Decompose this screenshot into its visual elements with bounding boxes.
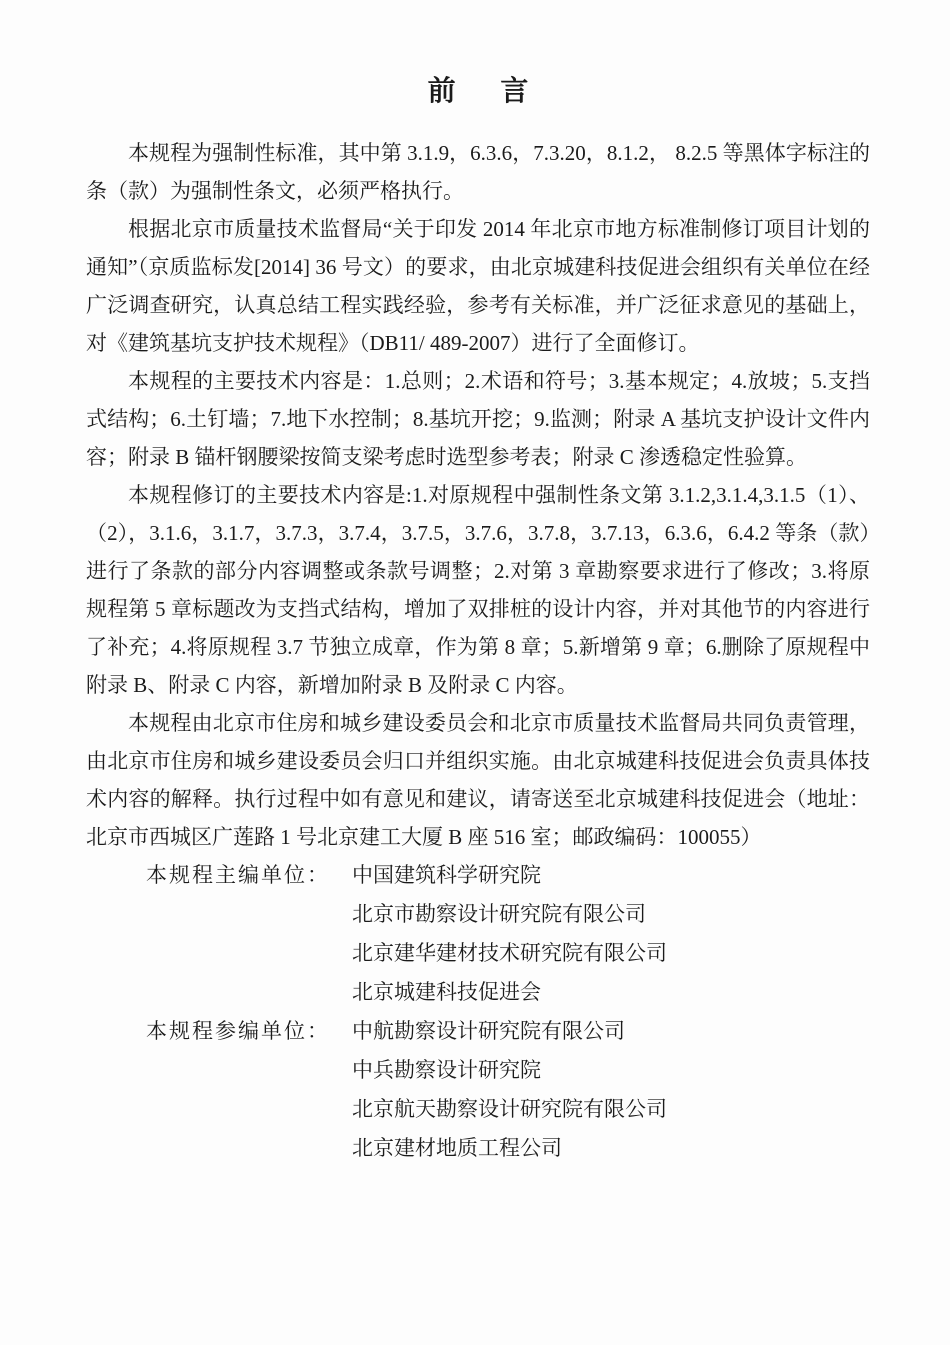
participating-editor-label: 本规程参编单位： [146, 1012, 330, 1051]
chief-editor-block: 本规程主编单位： 中国建筑科学研究院 北京市勘察设计研究院有限公司 北京建华建材… [146, 856, 870, 1012]
paragraph-revision-basis: 根据北京市质量技术监督局“关于印发 2014 年北京市地方标准制修订项目计划的通… [86, 210, 870, 362]
paragraph-revision-details: 本规程修订的主要技术内容是:1.对原规程中强制性条文第 3.1.2,3.1.4,… [86, 476, 870, 704]
paragraph-mandatory-clauses: 本规程为强制性标准，其中第 3.1.9，6.3.6，7.3.20，8.1.2， … [86, 134, 870, 210]
foreword-title: 前 言 [86, 74, 870, 110]
participating-editor-unit: 北京航天勘察设计研究院有限公司 [352, 1090, 870, 1129]
chief-editor-unit: 北京建华建材技术研究院有限公司 [352, 934, 870, 973]
chief-editor-unit: 北京城建科技促进会 [352, 973, 870, 1012]
chief-editor-unit: 北京市勘察设计研究院有限公司 [352, 895, 870, 934]
editing-units-section: 本规程主编单位： 中国建筑科学研究院 北京市勘察设计研究院有限公司 北京建华建材… [86, 856, 870, 1168]
document-page: 前 言 本规程为强制性标准，其中第 3.1.9，6.3.6，7.3.20，8.1… [0, 0, 950, 1345]
participating-editor-unit: 中兵勘察设计研究院 [352, 1051, 870, 1090]
participating-editor-block: 本规程参编单位： 中航勘察设计研究院有限公司 中兵勘察设计研究院 北京航天勘察设… [146, 1012, 870, 1168]
participating-editor-unit: 中航勘察设计研究院有限公司 [352, 1012, 870, 1051]
paragraph-main-contents: 本规程的主要技术内容是：1.总则；2.术语和符号；3.基本规定；4.放坡；5.支… [86, 362, 870, 476]
chief-editor-unit: 中国建筑科学研究院 [352, 856, 870, 895]
paragraph-administration-contact: 本规程由北京市住房和城乡建设委员会和北京市质量技术监督局共同负责管理，由北京市住… [86, 704, 870, 856]
chief-editor-label: 本规程主编单位： [146, 856, 330, 895]
chief-editor-list: 中国建筑科学研究院 北京市勘察设计研究院有限公司 北京建华建材技术研究院有限公司… [352, 856, 870, 1012]
participating-editor-list: 中航勘察设计研究院有限公司 中兵勘察设计研究院 北京航天勘察设计研究院有限公司 … [352, 1012, 870, 1168]
participating-editor-unit: 北京建材地质工程公司 [352, 1129, 870, 1168]
